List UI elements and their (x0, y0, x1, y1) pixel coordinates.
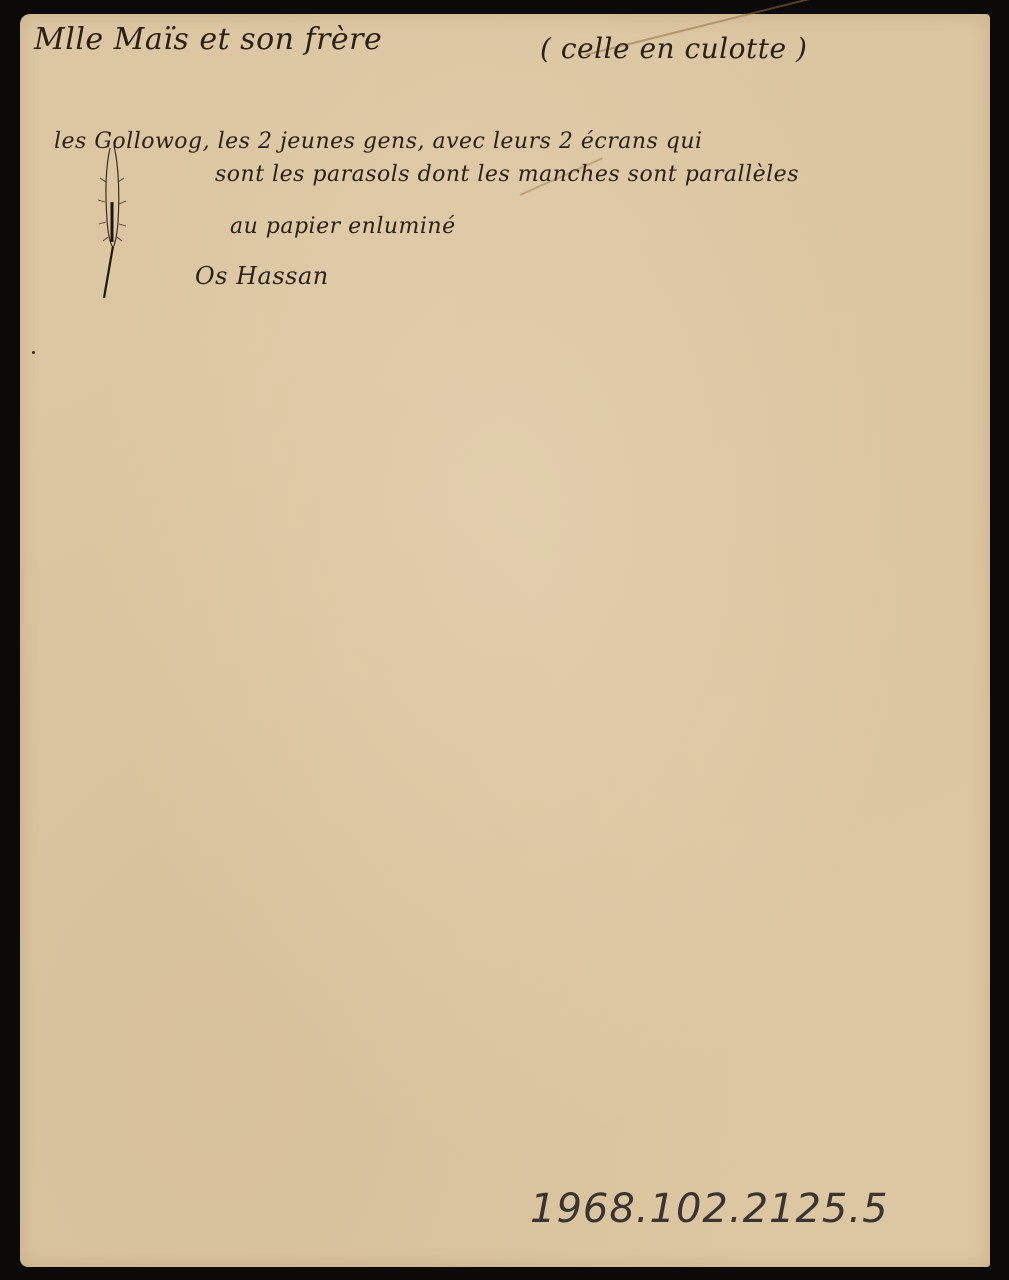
accession-number: 1968.102.2125.5 (530, 1186, 889, 1232)
handwritten-line-3: sont les parasols dont les manches sont … (215, 162, 799, 187)
paper-sheet: Mlle Maïs et son frère ( celle en culott… (20, 14, 990, 1267)
handwritten-line-5: Os Hassan (195, 262, 329, 290)
handwritten-line-2: les Gollowog, les 2 jeunes gens, avec le… (54, 129, 703, 154)
ink-dot (32, 351, 35, 354)
feather-sketch-icon (92, 142, 132, 302)
handwritten-line-1: Mlle Maïs et son frère (34, 22, 382, 57)
handwritten-line-1-aside: ( celle en culotte ) (540, 32, 807, 65)
handwritten-line-4: au papier enluminé (230, 214, 456, 239)
